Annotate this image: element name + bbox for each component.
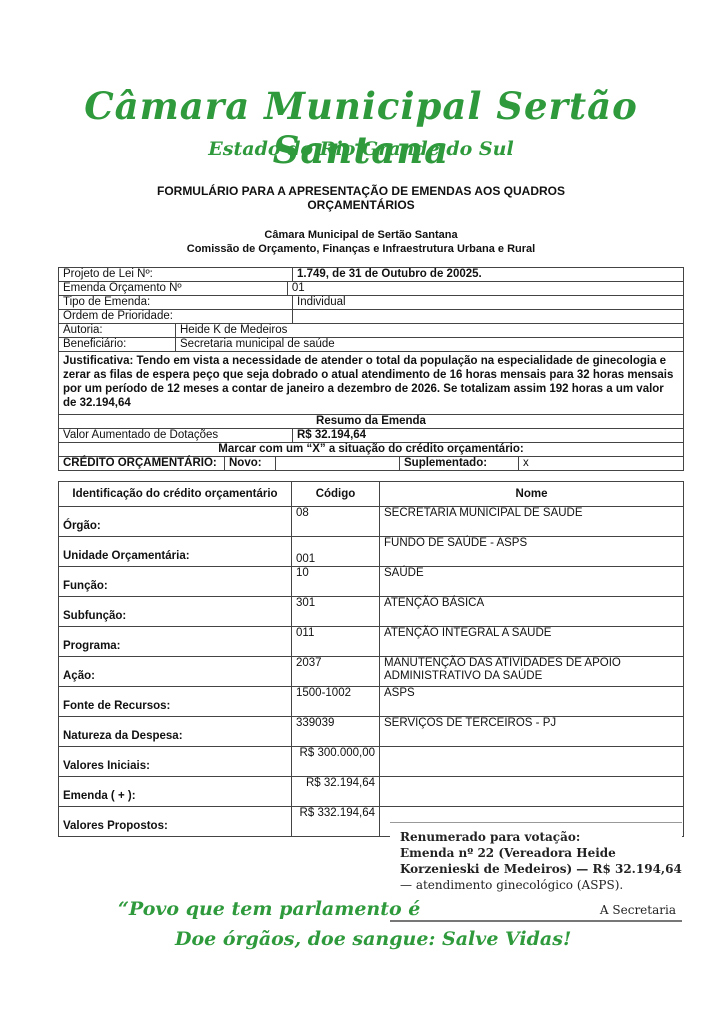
autoria-value: Heide K de Medeiros — [176, 324, 684, 338]
row-justificativa: Justificativa: Tendo em vista a necessid… — [59, 352, 684, 415]
row-code: 011 — [292, 627, 380, 657]
row-label: Valores Iniciais: — [59, 747, 292, 777]
row-code: 339039 — [292, 717, 380, 747]
row-tipo: Tipo de Emenda: Individual — [59, 296, 684, 310]
justificativa-text: Justificativa: Tendo em vista a necessid… — [59, 352, 684, 415]
credito-label: CRÉDITO ORÇAMENTÁRIO: — [59, 457, 225, 470]
commission-name: Comissão de Orçamento, Finanças e Infrae… — [0, 242, 722, 256]
amendment-info-table: Projeto de Lei Nº: 1.749, de 31 de Outub… — [58, 267, 684, 471]
row-name: SECRETARIA MUNICIPAL DE SAUDE — [380, 507, 684, 537]
row-label: Emenda ( + ): — [59, 777, 292, 807]
header-codigo: Código — [292, 482, 380, 507]
form-title-line2: ORÇAMENTÁRIOS — [0, 198, 722, 212]
row-label: Valores Propostos: — [59, 807, 292, 837]
row-label: Função: — [59, 567, 292, 597]
credit-identification-table: Identificação do crédito orçamentário Có… — [58, 481, 684, 837]
row-name: FUNDO DE SAÚDE - ASPS — [380, 537, 684, 567]
row-resumo-title: Resumo da Emenda — [59, 415, 684, 429]
row-code: 08 — [292, 507, 380, 537]
row-code: R$ 332.194,64 — [292, 807, 380, 837]
credit-table-header: Identificação do crédito orçamentário Có… — [59, 482, 684, 507]
row-emenda: Emenda Orçamento Nº 01 — [59, 282, 684, 296]
emenda-value: 01 — [287, 282, 683, 296]
table-row: Unidade Orçamentária:001FUNDO DE SAÚDE -… — [59, 537, 684, 567]
row-name: SERVIÇOS DE TERCEIROS - PJ — [380, 717, 684, 747]
row-name: SAÚDE — [380, 567, 684, 597]
row-label: Programa: — [59, 627, 292, 657]
tipo-value: Individual — [293, 296, 684, 310]
stamp-signature: A Secretaria — [600, 902, 676, 918]
novo-checkbox[interactable] — [276, 457, 400, 470]
stamp-line2: Emenda nº 22 (Vereadora Heide Korzeniesk… — [400, 846, 682, 876]
row-name: ATENÇÃO INTEGRAL A SAUDE — [380, 627, 684, 657]
table-row: Subfunção:301ATENÇÃO BÁSICA — [59, 597, 684, 627]
novo-label: Novo: — [225, 457, 276, 470]
renumbering-stamp: Renumerado para votação: Emenda nº 22 (V… — [390, 822, 682, 922]
header-identificacao: Identificação do crédito orçamentário — [59, 482, 292, 507]
row-name: ATENÇÃO BÁSICA — [380, 597, 684, 627]
row-code: 301 — [292, 597, 380, 627]
row-marcar: Marcar com um “X” a situação do crédito … — [59, 443, 684, 457]
row-credito: CRÉDITO ORÇAMENTÁRIO: Novo: Suplementado… — [59, 457, 684, 471]
tipo-label: Tipo de Emenda: — [59, 296, 293, 310]
table-row: Ação:2037MANUTENÇÃO DAS ATIVIDADES DE AP… — [59, 657, 684, 687]
row-name: MANUTENÇÃO DAS ATIVIDADES DE APOIO ADMIN… — [380, 657, 684, 687]
row-code: R$ 300.000,00 — [292, 747, 380, 777]
table-row: Emenda ( + ):R$ 32.194,64 — [59, 777, 684, 807]
row-label: Subfunção: — [59, 597, 292, 627]
table-row: Natureza da Despesa:339039SERVIÇOS DE TE… — [59, 717, 684, 747]
row-name — [380, 747, 684, 777]
table-row: Órgão:08SECRETARIA MUNICIPAL DE SAUDE — [59, 507, 684, 537]
marcar-instruction: Marcar com um “X” a situação do crédito … — [59, 443, 684, 457]
row-code: 001 — [292, 537, 380, 567]
table-row: Valores Iniciais:R$ 300.000,00 — [59, 747, 684, 777]
org-name: Câmara Municipal de Sertão Santana — [0, 228, 722, 242]
resumo-title: Resumo da Emenda — [59, 415, 684, 429]
row-code: 10 — [292, 567, 380, 597]
suplementado-label: Suplementado: — [400, 457, 519, 470]
row-name — [380, 777, 684, 807]
stamp-line3: — atendimento ginecológico (ASPS). — [400, 878, 623, 892]
ordem-label: Ordem de Prioridade: — [59, 310, 293, 324]
projeto-value: 1.749, de 31 de Outubro de 20025. — [293, 268, 684, 282]
valor-aumentado-label: Valor Aumentado de Dotações — [59, 429, 293, 443]
row-label: Ação: — [59, 657, 292, 687]
footer-motto-line2: Doe órgãos, doe sangue: Salve Vidas! — [175, 928, 571, 950]
row-label: Natureza da Despesa: — [59, 717, 292, 747]
state-subtitle: Estado do Rio Grande do Sul — [0, 138, 722, 160]
row-beneficiario: Beneficiário: Secretaria municipal de sa… — [59, 338, 684, 352]
header-nome: Nome — [380, 482, 684, 507]
row-code: 2037 — [292, 657, 380, 687]
row-label: Órgão: — [59, 507, 292, 537]
row-label: Unidade Orçamentária: — [59, 537, 292, 567]
row-label: Fonte de Recursos: — [59, 687, 292, 717]
row-code: 1500-1002 — [292, 687, 380, 717]
credito-status-table: CRÉDITO ORÇAMENTÁRIO: Novo: Suplementado… — [59, 457, 683, 470]
row-code: R$ 32.194,64 — [292, 777, 380, 807]
ordem-value — [293, 310, 684, 324]
table-row: Fonte de Recursos:1500-1002ASPS — [59, 687, 684, 717]
form-title-line1: FORMULÁRIO PARA A APRESENTAÇÃO DE EMENDA… — [0, 184, 722, 198]
suplementado-checkbox[interactable]: x — [519, 457, 684, 470]
beneficiario-label: Beneficiário: — [59, 338, 176, 352]
emenda-label: Emenda Orçamento Nº — [59, 282, 288, 296]
row-name: ASPS — [380, 687, 684, 717]
autoria-label: Autoria: — [59, 324, 176, 338]
stamp-line1: Renumerado para votação: — [400, 830, 580, 844]
valor-aumentado-value: R$ 32.194,64 — [293, 429, 684, 443]
table-row: Programa:011ATENÇÃO INTEGRAL A SAUDE — [59, 627, 684, 657]
footer-motto-line1: “Povo que tem parlamento é — [118, 898, 420, 920]
beneficiario-value: Secretaria municipal de saúde — [176, 338, 684, 352]
projeto-label: Projeto de Lei Nº: — [59, 268, 293, 282]
row-projeto: Projeto de Lei Nº: 1.749, de 31 de Outub… — [59, 268, 684, 282]
row-valor-aumentado: Valor Aumentado de Dotações R$ 32.194,64 — [59, 429, 684, 443]
table-row: Função:10SAÚDE — [59, 567, 684, 597]
row-ordem: Ordem de Prioridade: — [59, 310, 684, 324]
row-autoria: Autoria: Heide K de Medeiros — [59, 324, 684, 338]
form-title: FORMULÁRIO PARA A APRESENTAÇÃO DE EMENDA… — [0, 184, 722, 212]
